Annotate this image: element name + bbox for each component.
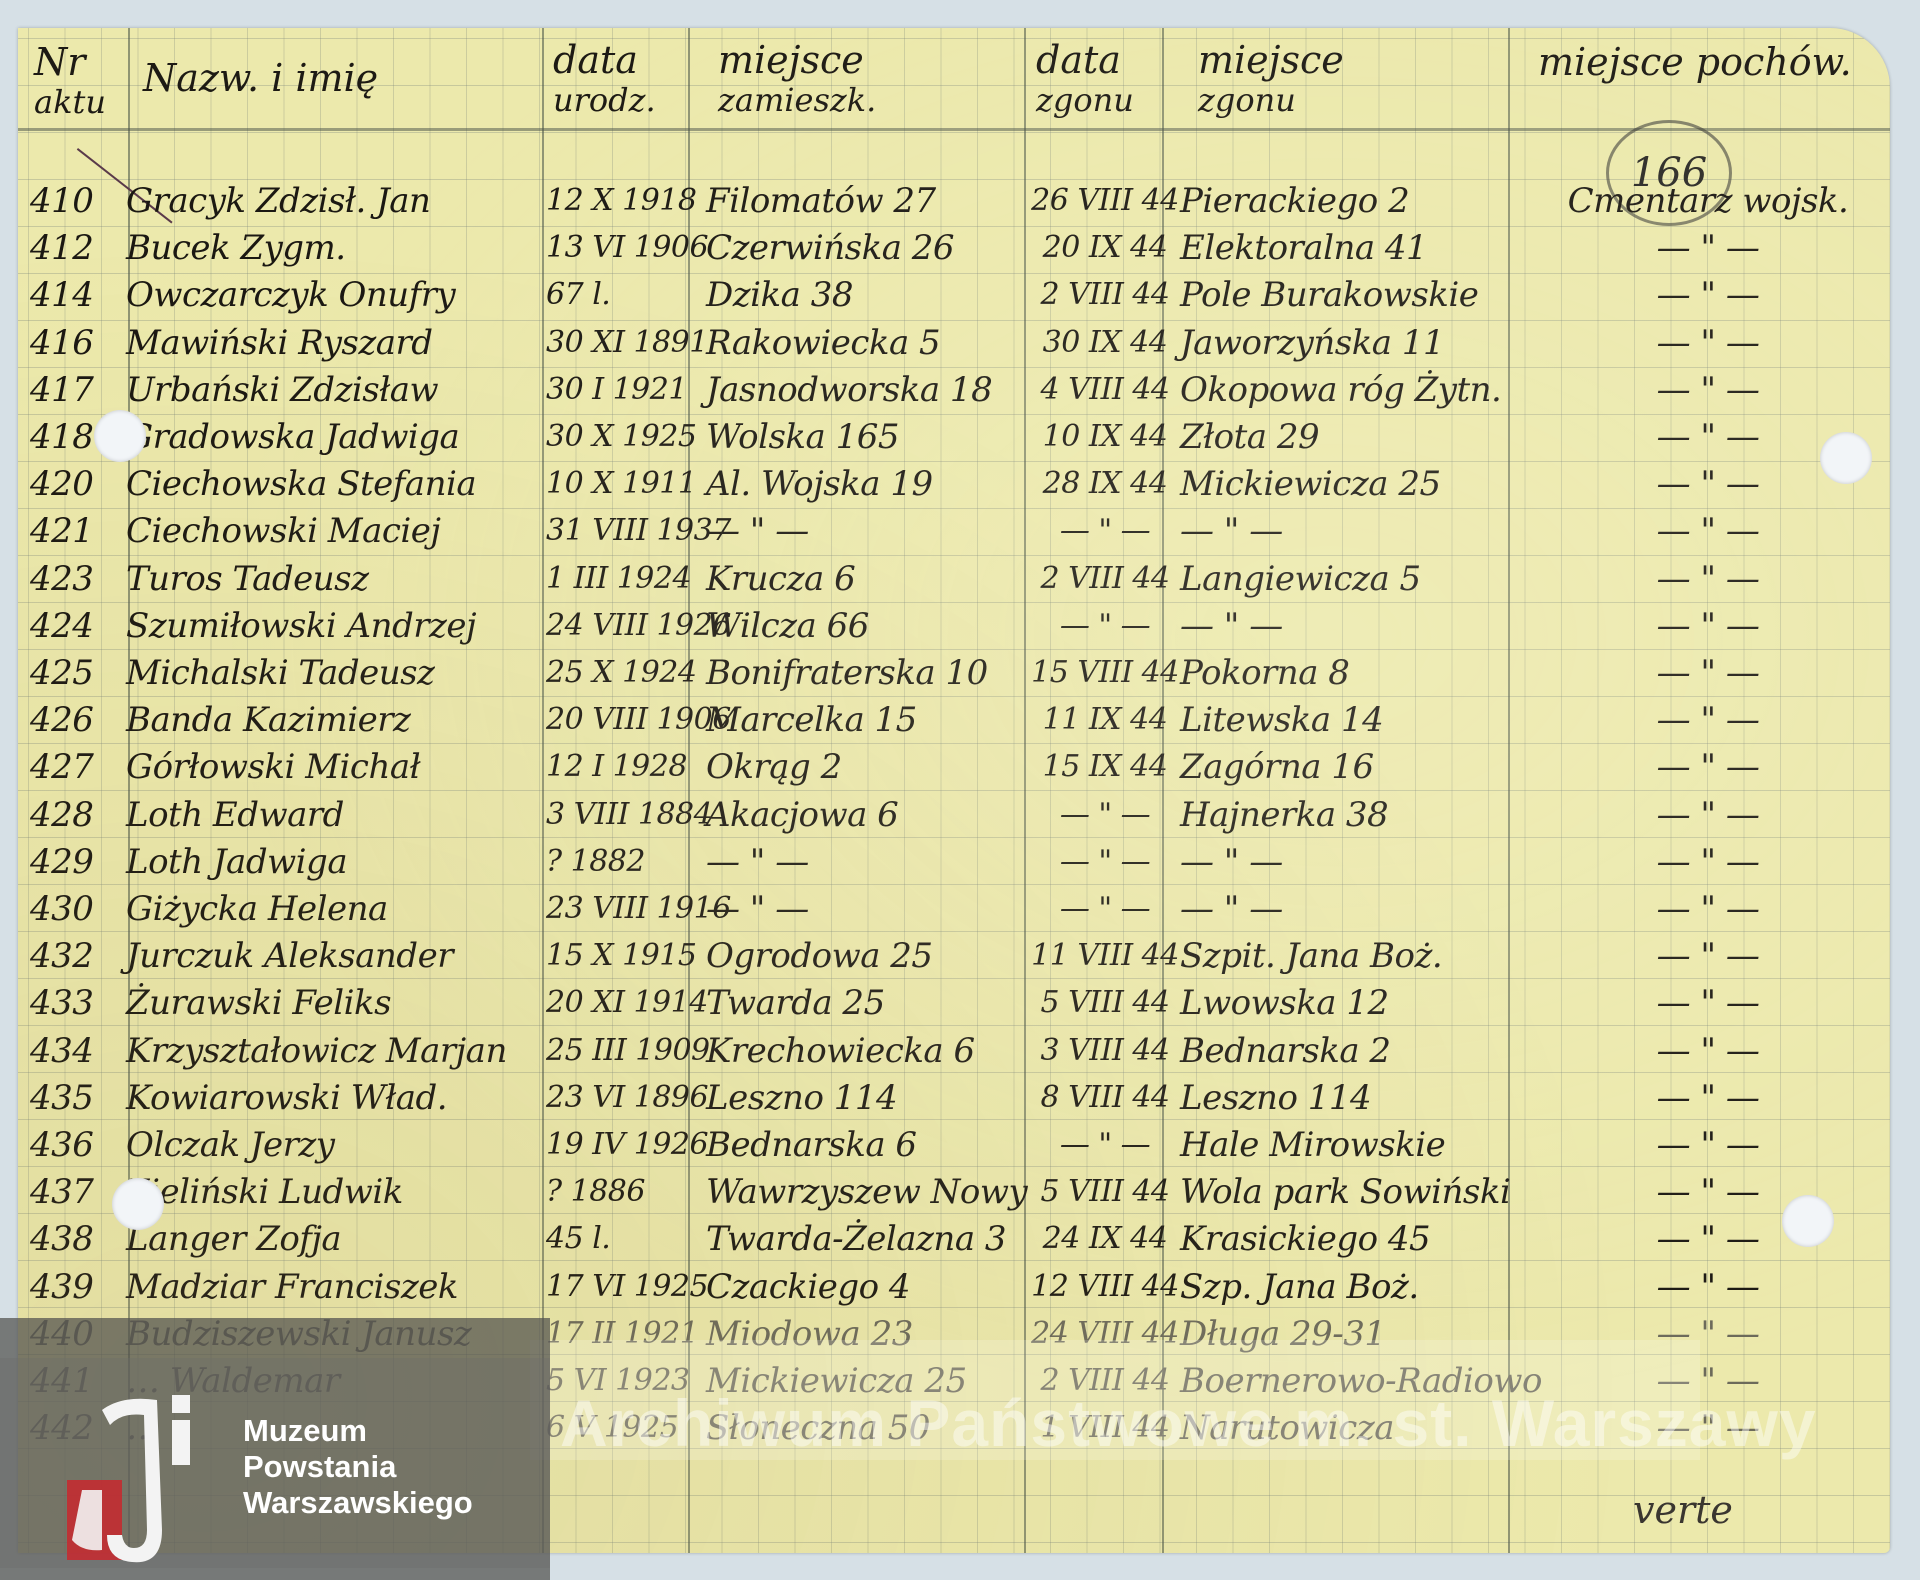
table-row: 423Turos Tadeusz1 III 1924Kruczа 62 VIII… [18,556,1890,602]
table-row: 438Langer Zofja45 l.Twarda-Żelazna 324 I… [18,1216,1890,1262]
entry-birth-date: 1 III 1924 [546,556,706,602]
entry-birth-date: ? 1886 [546,1169,706,1215]
table-row: 433Żurawski Feliks20 XI 1914Twarda 255 V… [18,980,1890,1026]
entry-death-date: 12 VIII 44 [1030,1264,1180,1310]
entry-name: Żurawski Feliks [126,980,556,1026]
entry-residence: Filomatów 27 [706,178,1046,224]
entry-number: 410 [30,178,120,224]
entry-birth-date: 15 X 1915 [546,933,706,979]
entry-death-date: 11 IX 44 [1030,697,1180,743]
entry-birth-date: ? 1882 [546,839,706,885]
entry-residence: Czackiego 4 [706,1264,1046,1310]
entry-birth-date: 25 X 1924 [546,650,706,696]
entry-residence: Twarda 25 [706,980,1046,1026]
entry-burial-place: — " — [1538,367,1878,413]
entry-death-place: Litewska 14 [1180,697,1520,743]
entry-name: Bucek Zygm. [126,225,556,271]
entry-birth-date: 20 XI 1914 [546,980,706,1026]
entry-number: 435 [30,1075,120,1121]
entry-number: 439 [30,1264,120,1310]
entry-death-date: 24 IX 44 [1030,1216,1180,1262]
entry-burial-place: — " — [1538,320,1878,366]
entry-burial-place: — " — [1538,697,1878,743]
entry-residence: Akacjowa 6 [706,792,1046,838]
entry-death-date: 15 IX 44 [1030,744,1180,790]
punch-hole [1782,1195,1834,1247]
entry-residence: Okrąg 2 [706,744,1046,790]
entry-name: Madziar Franciszek [126,1264,556,1310]
entry-death-place: Złota 29 [1180,414,1520,460]
entry-burial-place: — " — [1538,744,1878,790]
entry-number: 429 [30,839,120,885]
entry-death-date: 15 VIII 44 [1030,650,1180,696]
header-death-date: datazgonu [1036,40,1134,120]
entry-burial-place: — " — [1538,1264,1878,1310]
table-row: 439Madziar Franciszek17 VI 1925Czackiego… [18,1264,1890,1310]
entry-burial-place: — " — [1538,603,1878,649]
entry-death-date: — " — [1030,603,1180,649]
entry-death-place: — " — [1180,839,1520,885]
entry-name: Loth Jadwiga [126,839,556,885]
entry-death-place: Elektoralna 41 [1180,225,1520,271]
entry-burial-place: Cmentarz wojsk. [1538,178,1878,224]
entry-name: Giżycka Helena [126,886,556,932]
entry-birth-date: 13 VI 1906 [546,225,706,271]
table-row: 426Banda Kazimierz20 VIII 1906Marcelka 1… [18,697,1890,743]
table-row: 412Bucek Zygm.13 VI 1906Czerwińska 2620 … [18,225,1890,271]
entry-birth-date: 20 VIII 1906 [546,697,706,743]
entry-name: Langer Zofja [126,1216,556,1262]
table-row: 427Górłowski Michał12 I 1928Okrąg 215 IX… [18,744,1890,790]
entry-number: 428 [30,792,120,838]
entry-death-date: 28 IX 44 [1030,461,1180,507]
entry-residence: Dzika 38 [706,272,1046,318]
entry-name: Gracyk Zdzisł. Jan [126,178,556,224]
entry-burial-place: — " — [1538,1075,1878,1121]
entry-death-date: 2 VIII 44 [1030,272,1180,318]
entry-death-place: Zagórna 16 [1180,744,1520,790]
entry-birth-date: 23 VIII 1916 [546,886,706,932]
entry-death-place: Pokorna 8 [1180,650,1520,696]
entry-name: Kowiarowski Wład. [126,1075,556,1121]
entry-death-date: 8 VIII 44 [1030,1075,1180,1121]
table-row: 428Loth Edward3 VIII 1884Akacjowa 6— " —… [18,792,1890,838]
entry-number: 423 [30,556,120,602]
table-row: 429Loth Jadwiga? 1882— " —— " —— " —— " … [18,839,1890,885]
entry-burial-place: — " — [1538,225,1878,271]
entry-name: Szumiłowski Andrzej [126,603,556,649]
entry-death-place: Wola park Sowiński [1180,1169,1520,1215]
entry-death-place: Okopowa róg Żytn. [1180,367,1520,413]
table-row: 437Zieliński Ludwik? 1886Wawrzyszew Nowy… [18,1169,1890,1215]
entry-name: Zieliński Ludwik [126,1169,556,1215]
entry-death-place: Mickiewicza 25 [1180,461,1520,507]
entry-number: 414 [30,272,120,318]
entry-death-date: — " — [1030,886,1180,932]
entry-residence: Leszno 114 [706,1075,1046,1121]
entry-name: Urbański Zdzisław [126,367,556,413]
entry-number: 432 [30,933,120,979]
entry-birth-date: 30 XI 1891 [546,320,706,366]
entry-number: 434 [30,1028,120,1074]
entry-residence: Czerwińska 26 [706,225,1046,271]
entry-name: Owczarczyk Onufry [126,272,556,318]
entry-name: Ciechowska Stefania [126,461,556,507]
entry-birth-date: 19 IV 1926 [546,1122,706,1168]
entry-burial-place: — " — [1538,272,1878,318]
entry-death-place: Krasickiego 45 [1180,1216,1520,1262]
table-row: 414Owczarczyk Onufry67 l.Dzika 382 VIII … [18,272,1890,318]
header-rule [18,128,1890,131]
entry-residence: Al. Wojska 19 [706,461,1046,507]
entry-residence: Krechowiecka 6 [706,1028,1046,1074]
entry-residence: Twarda-Żelazna 3 [706,1216,1046,1262]
entry-death-date: — " — [1030,1122,1180,1168]
table-row: 418Gradowska Jadwiga30 X 1925Wolska 1651… [18,414,1890,460]
table-row: 430Giżycka Helena23 VIII 1916— " —— " ——… [18,886,1890,932]
entry-residence: Marcelka 15 [706,697,1046,743]
entry-burial-place: — " — [1538,1122,1878,1168]
header-residence: miejscezamieszk. [718,40,876,120]
entry-residence: Wawrzyszew Nowy [706,1169,1046,1215]
entry-number: 416 [30,320,120,366]
entry-death-date: 11 VIII 44 [1030,933,1180,979]
entry-burial-place: — " — [1538,556,1878,602]
entry-name: Olczak Jerzy [126,1122,556,1168]
entry-residence: — " — [706,886,1046,932]
entry-death-place: Hajnerka 38 [1180,792,1520,838]
entry-birth-date: 30 X 1925 [546,414,706,460]
entry-number: 424 [30,603,120,649]
entry-residence: — " — [706,839,1046,885]
table-row: 435Kowiarowski Wład.23 VI 1896Leszno 114… [18,1075,1890,1121]
table-row: 416Mawiński Ryszard30 XI 1891Rakowiecka … [18,320,1890,366]
entry-residence: Wilcza 66 [706,603,1046,649]
entry-death-date: 30 IX 44 [1030,320,1180,366]
entry-residence: — " — [706,508,1046,554]
entry-name: Mawiński Ryszard [126,320,556,366]
entry-residence: Bonifraterska 10 [706,650,1046,696]
punch-hole [112,1178,164,1230]
entry-number: 425 [30,650,120,696]
table-row: 432Jurczuk Aleksander15 X 1915Ogrodowa 2… [18,933,1890,979]
entry-death-date: — " — [1030,839,1180,885]
entry-birth-date: 45 l. [546,1216,706,1262]
entry-birth-date: 23 VI 1896 [546,1075,706,1121]
entry-burial-place: — " — [1538,839,1878,885]
entry-death-date: 4 VIII 44 [1030,367,1180,413]
punch-hole [1820,432,1872,484]
entry-residence: Ogrodowa 25 [706,933,1046,979]
museum-watermark: Muzeum Powstania Warszawskiego [0,1318,550,1580]
table-row: 417Urbański Zdzisław30 I 1921Jasnodworsk… [18,367,1890,413]
entry-burial-place: — " — [1538,508,1878,554]
entry-name: Banda Kazimierz [126,697,556,743]
entry-death-place: — " — [1180,603,1520,649]
entry-death-place: Szpit. Jana Boż. [1180,933,1520,979]
entry-name: Michalski Tadeusz [126,650,556,696]
entry-name: Loth Edward [126,792,556,838]
museum-name: Muzeum Powstania Warszawskiego [243,1413,473,1521]
entry-death-place: Jaworzyńska 11 [1180,320,1520,366]
entry-birth-date: 24 VIII 1926 [546,603,706,649]
entry-number: 433 [30,980,120,1026]
entry-burial-place: — " — [1538,1028,1878,1074]
museum-logo-icon [62,1390,222,1570]
entry-death-place: Pole Burakowskie [1180,272,1520,318]
header-name: Nazw. i imię [143,58,378,98]
entry-birth-date: 10 X 1911 [546,461,706,507]
entry-number: 437 [30,1169,120,1215]
archive-watermark: Archiwum Państwowe m. st. Warszawy [560,1385,1817,1461]
entry-number: 427 [30,744,120,790]
entry-birth-date: 12 I 1928 [546,744,706,790]
entry-death-place: Bednarska 2 [1180,1028,1520,1074]
entry-name: Turos Tadeusz [126,556,556,602]
entry-number: 417 [30,367,120,413]
entry-number: 426 [30,697,120,743]
entry-residence: Jasnodworska 18 [706,367,1046,413]
entry-death-date: — " — [1030,792,1180,838]
entry-residence: Kruczа 6 [706,556,1046,602]
entry-burial-place: — " — [1538,650,1878,696]
table-row: 424Szumiłowski Andrzej24 VIII 1926Wilcza… [18,603,1890,649]
entry-birth-date: 25 III 1909 [546,1028,706,1074]
header-no: Nraktu [34,42,106,122]
header-death-place: miejscezgonu [1198,40,1344,120]
entry-death-date: 3 VIII 44 [1030,1028,1180,1074]
entry-birth-date: 31 VIII 1937 [546,508,706,554]
entry-death-place: Szp. Jana Boż. [1180,1264,1520,1310]
entry-death-place: Hale Mirowskie [1180,1122,1520,1168]
entry-number: 438 [30,1216,120,1262]
entry-name: Krzyształowicz Marjan [126,1028,556,1074]
entry-birth-date: 3 VIII 1884 [546,792,706,838]
entry-number: 420 [30,461,120,507]
entry-name: Górłowski Michał [126,744,556,790]
entry-birth-date: 30 I 1921 [546,367,706,413]
verte-note: verte [1633,1488,1733,1532]
entry-death-date: 10 IX 44 [1030,414,1180,460]
entry-death-place: — " — [1180,886,1520,932]
entry-burial-place: — " — [1538,980,1878,1026]
header-burial-place: miejsce pochów. [1538,42,1852,82]
entry-burial-place: — " — [1538,933,1878,979]
entry-death-date: 5 VIII 44 [1030,980,1180,1026]
entry-death-date: — " — [1030,508,1180,554]
table-row: 425Michalski Tadeusz25 X 1924Bonifraters… [18,650,1890,696]
table-row: 436Olczak Jerzy19 IV 1926Bednarska 6— " … [18,1122,1890,1168]
table-row: 410Gracyk Zdzisł. Jan12 X 1918Filomatów … [18,178,1890,224]
entry-number: 430 [30,886,120,932]
entry-birth-date: 12 X 1918 [546,178,706,224]
entry-death-place: Lwowska 12 [1180,980,1520,1026]
entry-death-date: 2 VIII 44 [1030,556,1180,602]
entry-death-place: Leszno 114 [1180,1075,1520,1121]
entry-name: Gradowska Jadwiga [126,414,556,460]
entry-name: Ciechowski Maciej [126,508,556,554]
entry-death-place: Pierackiego 2 [1180,178,1520,224]
entry-death-date: 26 VIII 44 [1030,178,1180,224]
entry-birth-date: 67 l. [546,272,706,318]
entry-death-place: — " — [1180,508,1520,554]
punch-hole [94,410,146,462]
entry-number: 412 [30,225,120,271]
entry-residence: Rakowiecka 5 [706,320,1046,366]
entry-burial-place: — " — [1538,886,1878,932]
entry-burial-place: — " — [1538,792,1878,838]
table-row: 420Ciechowska Stefania10 X 1911Al. Wojsk… [18,461,1890,507]
entry-residence: Wolska 165 [706,414,1046,460]
table-row: 421Ciechowski Maciej31 VIII 1937— " —— "… [18,508,1890,554]
entry-residence: Bednarska 6 [706,1122,1046,1168]
entry-number: 421 [30,508,120,554]
entry-birth-date: 17 VI 1925 [546,1264,706,1310]
entry-number: 436 [30,1122,120,1168]
header-birth-date: dataurodz. [553,40,656,120]
entry-death-date: 5 VIII 44 [1030,1169,1180,1215]
entry-death-date: 20 IX 44 [1030,225,1180,271]
entry-name: Jurczuk Aleksander [126,933,556,979]
entry-death-place: Langiewicza 5 [1180,556,1520,602]
table-row: 434Krzyształowicz Marjan25 III 1909Krech… [18,1028,1890,1074]
